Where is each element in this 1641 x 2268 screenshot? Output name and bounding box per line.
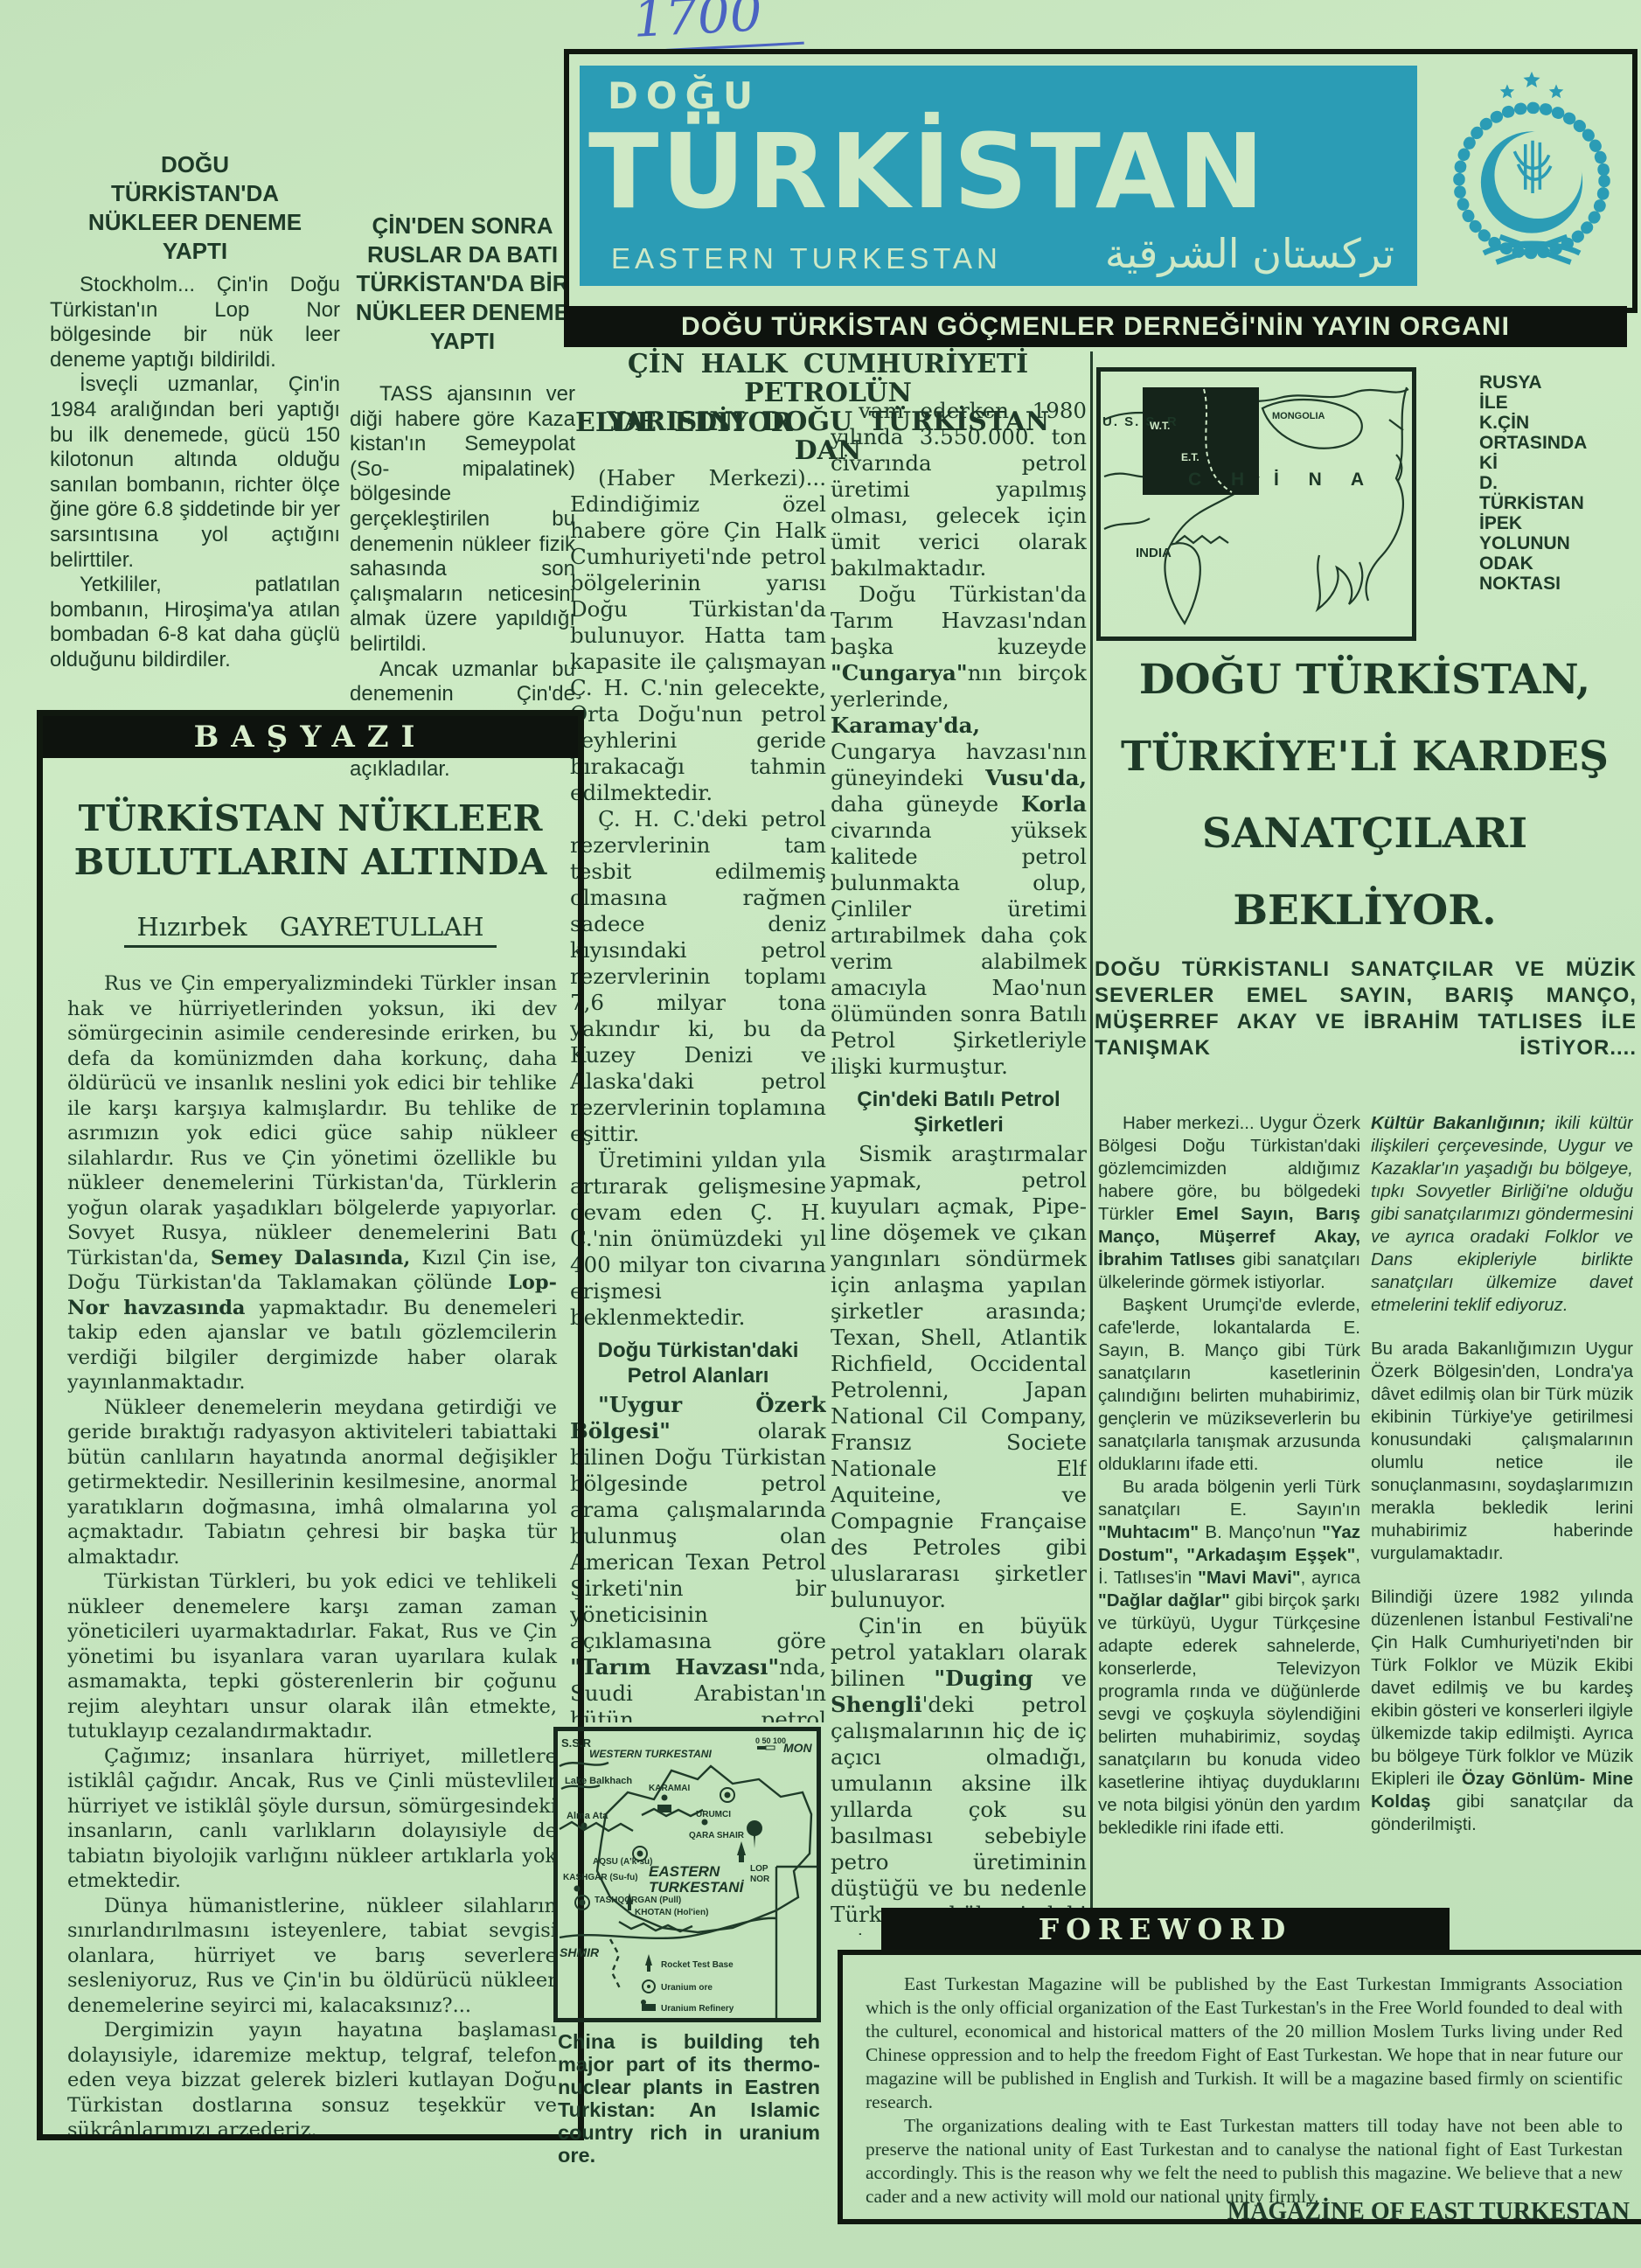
petrol-headline-line3: ELDE EDİYOR	[575, 407, 829, 438]
map-side-caption: RUSYAİLEK.ÇİNORTASINDAKİD.TÜRKİSTANİPEKY…	[1479, 372, 1637, 594]
map-label-aqsu: AQSU (A'k-su)	[593, 1857, 653, 1867]
masthead-subtitle-arabic: تركستان الشرقية	[1105, 230, 1394, 277]
masthead-turkistan: TÜRKİSTAN	[588, 111, 1267, 232]
map-scale: 0 50 100	[755, 1736, 786, 1745]
map-label-khotan: KHOTAN (Hol'ien)	[635, 1908, 708, 1917]
paragraph: Kültür Bakanlığının; ikili kültür ilişki…	[1371, 1112, 1633, 1317]
map-label-tashqorgan: TASHQORGAN (Pull)	[595, 1896, 681, 1905]
foreword-footer: MAGAZİNE OF EAST TURKESTAN	[1227, 2198, 1630, 2226]
editorial-title: TÜRKİSTAN NÜKLEER BULUTLARIN ALTINDA	[60, 797, 560, 884]
paragraph: Ç. H. C.'deki petrol rezervlerinin tam t…	[570, 806, 826, 1147]
caption-line: İPEK	[1479, 513, 1637, 533]
editorial-box: BAŞYAZI TÜRKİSTAN NÜKLEER BULUTLARIN ALT…	[37, 710, 584, 2140]
petrol-column-left: (Haber Merkezi)... Edindiğimiz özel habe…	[570, 465, 826, 1722]
editorial-author: Hızırbek GAYRETULLAH	[124, 912, 496, 948]
paragraph: Bu arada bölgenin yerli Türk sanatçıları…	[1098, 1476, 1360, 1840]
masthead: DOĞU TÜRKİSTAN EASTERN TURKESTAN تركستان…	[564, 49, 1638, 313]
paragraph: TASS ajansının ver diği habere göre Kaza…	[350, 382, 575, 657]
foreword-body: East Turkestan Magazine will be publishe…	[866, 1972, 1623, 2209]
map-label-kashmir: SHMIR	[560, 1945, 600, 1959]
map-label-mongolia: MON	[783, 1741, 813, 1755]
map-label-ssr: S.S.R	[561, 1736, 592, 1750]
lead-line: MÜŞERREF AKAY VE İBRAHİM TATLISES İLE	[1095, 1009, 1637, 1035]
article-nuclear-test-west: ÇİN'DEN SONRA RUSLAR DA BATI TÜRKİSTAN'D…	[350, 212, 575, 783]
paragraph: Dergimizin yayın hayatına başlaması dola…	[67, 2018, 557, 2140]
headline-line: DOĞU TÜRKİSTAN,	[1093, 642, 1637, 719]
map-label-turkestani: TURKESTANİ	[649, 1879, 745, 1896]
paragraph: Doğu Türkistan'daki Petrol Alanları	[570, 1338, 826, 1388]
paragraph: Üretimini yıldan yıla artırarak gelişmes…	[570, 1147, 826, 1331]
caption-line: D.	[1479, 473, 1637, 493]
article-title: ÇİN'DEN SONRA RUSLAR DA BATI TÜRKİSTAN'D…	[350, 212, 575, 356]
map-label-qara-shair: QARA SHAIR	[689, 1831, 745, 1840]
masthead-subtitle-english: EASTERN TURKESTAN	[611, 242, 1002, 275]
map-label-lake-balkhach: Lake Balkhach	[565, 1776, 632, 1786]
artists-headline: DOĞU TÜRKİSTAN,TÜRKİYE'Lİ KARDEŞSANATÇIL…	[1093, 642, 1637, 950]
petrol-column-right: vam ederken, 1980 yılında 3.550.000. ton…	[831, 398, 1087, 1935]
masthead-title-block: DOĞU TÜRKİSTAN EASTERN TURKESTAN تركستان…	[580, 66, 1417, 286]
paragraph: Stockholm... Çin'in Doğu Türkistan'ın Lo…	[50, 273, 340, 372]
paragraph: "Uygur Özerk Bölgesi" olarak bilinen Doğ…	[570, 1392, 826, 1722]
paragraph: Başkent Urumçi'de evlerde, cafe'lerde, l…	[1098, 1294, 1360, 1476]
rocket-icon	[737, 1841, 746, 1862]
caption-line: İLE	[1479, 393, 1637, 413]
asia-locator-map: U. S. S. R W.T. E.T. MONGOLIA C H İ N A …	[1096, 367, 1416, 641]
paragraph: Yetkililer, patlatılan bombanın, Hiroşim…	[50, 573, 340, 672]
article-title: DOĞU TÜRKİSTAN'DA NÜKLEER DENEME YAPTI	[50, 150, 340, 266]
mushroom-cloud-icon	[747, 1820, 762, 1848]
paragraph: vam ederken, 1980 yılında 3.550.000. ton…	[831, 398, 1087, 581]
artists-column-right: Kültür Bakanlığının; ikili kültür ilişki…	[1371, 1112, 1633, 1925]
uranium-refinery-icon	[657, 1805, 671, 1812]
map-label-eastern: EASTERN	[649, 1863, 720, 1880]
map-label-wt: W.T.	[1150, 420, 1170, 432]
map-label-mongolia: MONGOLIA	[1272, 411, 1325, 421]
map-label-western-turkestan: WESTERN TURKESTANI	[589, 1748, 712, 1760]
article-body: Stockholm... Çin'in Doğu Türkistan'ın Lo…	[50, 273, 340, 673]
editorial-header: BAŞYAZI	[43, 716, 578, 758]
map-label-china: C H İ N A	[1188, 470, 1376, 490]
map-label-karamai: KARAMAI	[649, 1784, 690, 1793]
editorial-body: Rus ve Çin emperyalizmindeki Türkler ins…	[67, 971, 557, 2140]
map-label-urumci: URUMCI	[696, 1810, 731, 1819]
map-label-kashgar: KASHGAR (Su-fu)	[563, 1873, 638, 1882]
map-label-nor: NOR	[750, 1875, 770, 1884]
caption-line: Kİ	[1479, 453, 1637, 473]
map-label-et: E.T.	[1181, 451, 1199, 463]
paragraph: (Haber Merkezi)... Edindiğimiz özel habe…	[570, 465, 826, 806]
lead-line: DOĞU TÜRKİSTANLI SANATÇILAR VE MÜZİK	[1095, 957, 1637, 983]
paragraph: Bilindiği üzere 1982 yılında düzenlenen …	[1371, 1586, 1633, 1836]
artists-column-left: Haber merkezi... Uygur Özerk Bölgesi Doğ…	[1098, 1112, 1360, 1925]
artists-lead: DOĞU TÜRKİSTANLI SANATÇILAR VE MÜZİKSEVE…	[1095, 957, 1637, 1061]
foreword-box: East Turkestan Magazine will be publishe…	[838, 1950, 1641, 2224]
map-label-india: INDIA	[1136, 546, 1172, 560]
paragraph: Çağımız; insanlara hürriyet, milletlere …	[67, 1744, 557, 1894]
caption-line: ORTASINDA	[1479, 433, 1637, 453]
caption-line: YOLUNUN	[1479, 533, 1637, 553]
paragraph: East Turkestan Magazine will be publishe…	[866, 1972, 1623, 2114]
legend-uranium-ore: Uranium ore	[661, 1983, 713, 1993]
map-caption: China is building teh major part of its …	[558, 2030, 820, 2167]
editorial-byline: Hızırbek GAYRETULLAH	[43, 912, 578, 942]
paragraph: Türkistan Türkleri, bu yok edici ve tehl…	[67, 1569, 557, 1744]
lead-line: SEVERLER EMEL SAYIN, BARIŞ MANÇO,	[1095, 983, 1637, 1009]
headline-line: SANATÇILARI	[1093, 796, 1637, 873]
caption-line: RUSYA	[1479, 372, 1637, 393]
caption-line: ODAK	[1479, 553, 1637, 574]
paragraph: Doğu Türkistan'da Tarım Havzası'ndan baş…	[831, 581, 1087, 1080]
newspaper-page: 1700 DOĞU TÜRKİSTAN'DA NÜKLEER DENEME YA…	[0, 0, 1641, 2268]
headline-line: BEKLİYOR.	[1093, 873, 1637, 950]
legend-uranium-refinery: Uranium Refinery	[661, 2004, 734, 2014]
legend-rocket-test-base: Rocket Test Base	[661, 1960, 734, 1970]
paragraph: Haber merkezi... Uygur Özerk Bölgesi Doğ…	[1098, 1112, 1360, 1294]
lead-line: TANIŞMAK İSTİYOR....	[1095, 1035, 1637, 1061]
paragraph: Nükleer denemelerin meydana getirdiği ve…	[67, 1395, 557, 1570]
paragraph: Bu arada Bakanlığımızın Uygur Özerk Bölg…	[1371, 1338, 1633, 1565]
paragraph: The organizations dealing with te East T…	[866, 2114, 1623, 2209]
article-nuclear-test-east: DOĞU TÜRKİSTAN'DA NÜKLEER DENEME YAPTI S…	[50, 150, 340, 673]
banner: DOĞU TÜRKİSTAN GÖÇMENLER DERNEĞİ'NİN YAY…	[564, 306, 1627, 347]
paragraph: İsveçli uzmanlar, Çin'in 1984 aralığında…	[50, 372, 340, 573]
caption-line: TÜRKİSTAN	[1479, 493, 1637, 513]
handwritten-number: 1700	[591, 0, 803, 55]
paragraph: Çin'in en büyük petrol yatakları olarak …	[831, 1613, 1087, 1935]
crescent-star-emblem-icon	[1436, 59, 1627, 280]
map-legend: Rocket Test Base Uranium ore Uranium Ref…	[641, 1954, 734, 2014]
caption-line: K.ÇİN	[1479, 413, 1637, 433]
foreword-header: FOREWORD	[881, 1908, 1450, 1951]
caption-line: NOKTASI	[1479, 574, 1637, 594]
column-divider	[1090, 351, 1093, 1932]
map-label-alma-ata: Alma Ata	[567, 1811, 608, 1821]
paragraph: Sismik araştırmalar yapmak, petrol kuyul…	[831, 1141, 1087, 1613]
paragraph: Rus ve Çin emperyalizmindeki Türkler ins…	[67, 971, 557, 1395]
map-label-lop: LOP	[750, 1864, 768, 1874]
east-turkestan-map: S.S.R WESTERN TURKESTANI Lake Balkhach A…	[553, 1727, 821, 2022]
headline-line: TÜRKİYE'Lİ KARDEŞ	[1093, 719, 1637, 796]
paragraph: Çin'deki Batılı Petrol Şirketleri	[831, 1087, 1087, 1137]
paragraph: Dünya hümanistlerine, nükleer silahların…	[67, 1894, 557, 2019]
